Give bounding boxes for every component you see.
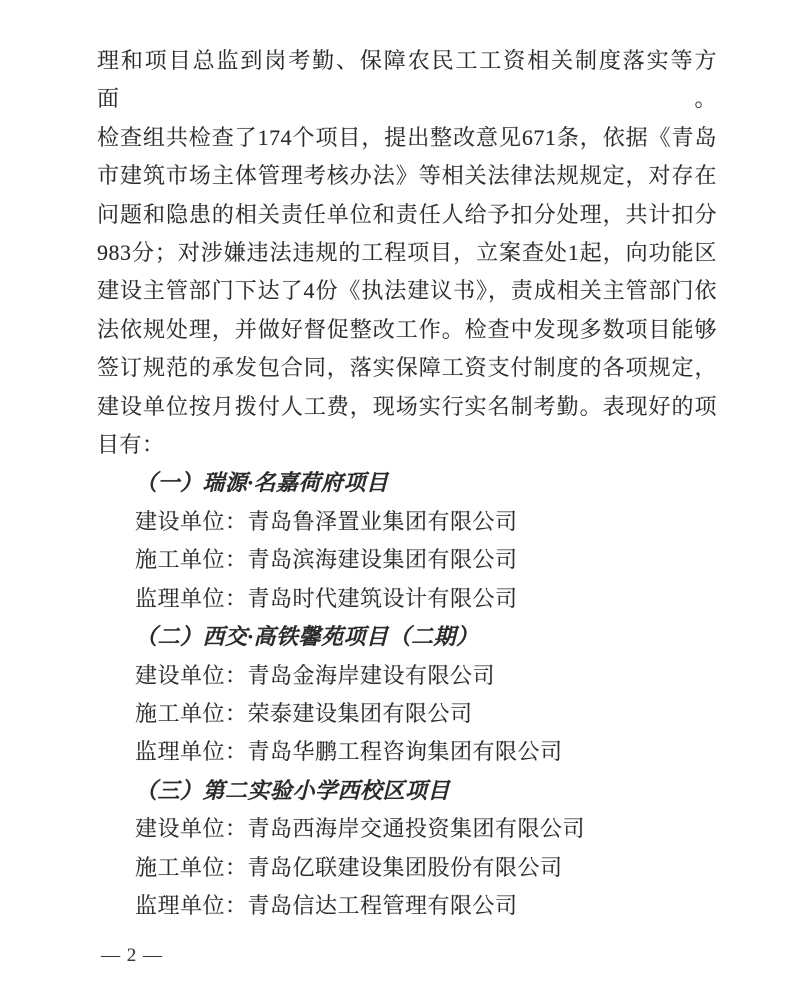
document-content: 理和项目总监到岗考勤、保障农民工工资相关制度落实等方面。 检查组共检查了174个… — [97, 42, 717, 925]
body-line-7: 法依规处理，并做好督促整改工作。检查中发现多数项目能够 — [97, 311, 717, 349]
body-line-3: 市建筑市场主体管理考核办法》等相关法律法规规定，对存在 — [97, 157, 717, 195]
entry-label: 监理单位： — [135, 893, 248, 918]
entry-value: 青岛华鹏工程咨询集团有限公司 — [248, 739, 563, 764]
entry-value: 青岛金海岸建设有限公司 — [248, 663, 496, 688]
entry-label: 建设单位： — [135, 509, 248, 534]
entry-value: 青岛西海岸交通投资集团有限公司 — [248, 816, 586, 841]
project-3-heading: （三）第二实验小学西校区项目 — [97, 772, 717, 810]
project-2-heading: （二）西交·高铁馨苑项目（二期） — [97, 618, 717, 656]
body-line-4: 问题和隐患的相关责任单位和责任人给予扣分处理，共计扣分 — [97, 196, 717, 234]
entry-value: 青岛时代建筑设计有限公司 — [248, 586, 518, 611]
entry-label: 监理单位： — [135, 586, 248, 611]
project-2-entry-builder: 施工单位：荣泰建设集团有限公司 — [97, 695, 717, 733]
body-line-10: 目有： — [97, 426, 717, 464]
project-2-entry-supervisor: 监理单位：青岛华鹏工程咨询集团有限公司 — [97, 733, 717, 771]
body-line-9: 建设单位按月拨付人工费，现场实行实名制考勤。表现好的项 — [97, 388, 717, 426]
body-line-1: 理和项目总监到岗考勤、保障农民工工资相关制度落实等方面。 — [97, 42, 717, 119]
project-3-entry-construction: 建设单位：青岛西海岸交通投资集团有限公司 — [97, 810, 717, 848]
entry-label: 施工单位： — [135, 701, 248, 726]
body-line-5: 983分；对涉嫌违法违规的工程项目，立案查处1起，向功能区 — [97, 234, 717, 272]
entry-label: 施工单位： — [135, 855, 248, 880]
entry-value: 青岛鲁泽置业集团有限公司 — [248, 509, 518, 534]
entry-label: 监理单位： — [135, 739, 248, 764]
entry-label: 施工单位： — [135, 547, 248, 572]
entry-value: 青岛信达工程管理有限公司 — [248, 893, 518, 918]
project-1-entry-supervisor: 监理单位：青岛时代建筑设计有限公司 — [97, 580, 717, 618]
page-number: — 2 — — [101, 945, 163, 967]
body-line-2: 检查组共检查了174个项目，提出整改意见671条，依据《青岛 — [97, 119, 717, 157]
entry-value: 青岛滨海建设集团有限公司 — [248, 547, 518, 572]
project-3-entry-supervisor: 监理单位：青岛信达工程管理有限公司 — [97, 887, 717, 925]
entry-label: 建设单位： — [135, 816, 248, 841]
entry-value: 荣泰建设集团有限公司 — [248, 701, 473, 726]
project-1-heading: （一）瑞源·名嘉荷府项目 — [97, 464, 717, 502]
entry-label: 建设单位： — [135, 663, 248, 688]
project-2-entry-construction: 建设单位：青岛金海岸建设有限公司 — [97, 657, 717, 695]
body-line-6: 建设主管部门下达了4份《执法建议书》，责成相关主管部门依 — [97, 272, 717, 310]
body-line-8: 签订规范的承发包合同，落实保障工资支付制度的各项规定， — [97, 349, 717, 387]
project-3-entry-builder: 施工单位：青岛亿联建设集团股份有限公司 — [97, 849, 717, 887]
entry-value: 青岛亿联建设集团股份有限公司 — [248, 855, 563, 880]
project-1-entry-construction: 建设单位：青岛鲁泽置业集团有限公司 — [97, 503, 717, 541]
document-page: 理和项目总监到岗考勤、保障农民工工资相关制度落实等方面。 检查组共检查了174个… — [0, 0, 800, 987]
project-1-entry-builder: 施工单位：青岛滨海建设集团有限公司 — [97, 541, 717, 579]
